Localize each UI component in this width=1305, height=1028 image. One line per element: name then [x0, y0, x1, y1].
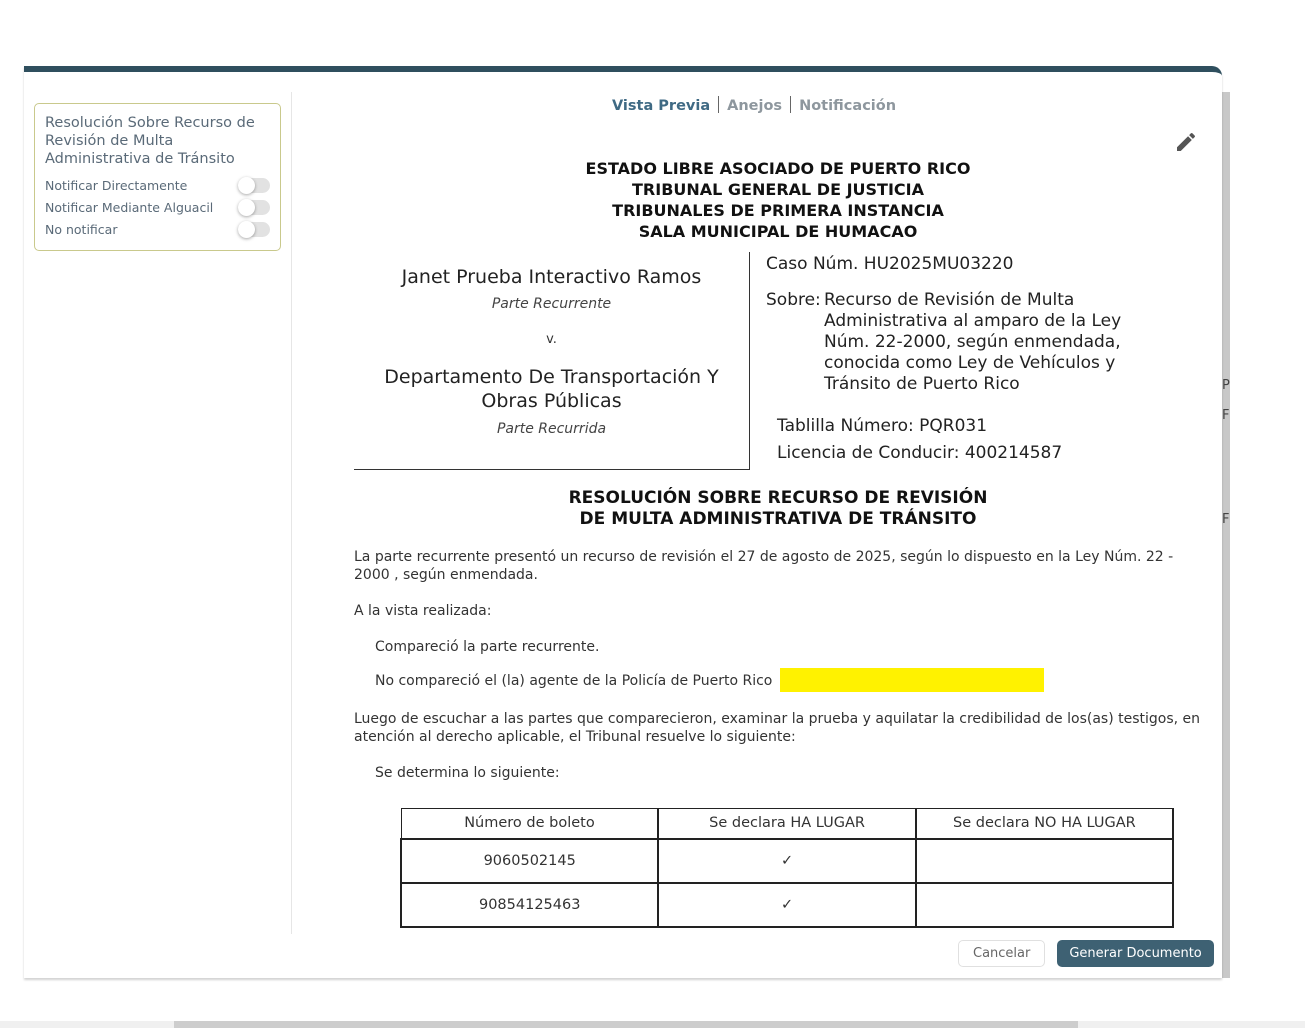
item-no-comparecio: No compareció el (la) agente de la Polic…: [375, 668, 1202, 692]
document-modal: Resolución Sobre Recurso de Revisión de …: [24, 66, 1222, 978]
paragraph-determina: Se determina lo siguiente:: [375, 764, 1202, 782]
notificar-directamente-toggle[interactable]: [238, 178, 270, 193]
party-recurrente: Janet Prueba Interactivo Ramos: [354, 266, 749, 288]
header-line: ESTADO LIBRE ASOCIADO DE PUERTO RICO: [354, 158, 1202, 179]
title-line: DE MULTA ADMINISTRATIVA DE TRÁNSITO: [354, 509, 1202, 530]
option-label: No notificar: [45, 222, 117, 237]
header-line: TRIBUNALES DE PRIMERA INSTANCIA: [354, 200, 1202, 221]
document-preview: ESTADO LIBRE ASOCIADO DE PUERTO RICO TRI…: [354, 156, 1202, 932]
panel-divider: [291, 92, 292, 934]
column-header: Se declara NO HA LUGAR: [916, 809, 1173, 839]
case-number: Caso Núm. HU2025MU03220: [766, 252, 1202, 276]
modal-footer: Cancelar Generar Documento: [958, 940, 1214, 967]
option-notificar-alguacil: Notificar Mediante Alguacil: [45, 196, 270, 218]
column-header: Número de boleto: [401, 809, 658, 839]
tab-notificacion[interactable]: Notificación: [791, 98, 904, 114]
cancel-button[interactable]: Cancelar: [958, 940, 1045, 967]
highlight-mark: [780, 668, 1044, 692]
party-role: Parte Recurrente: [354, 296, 749, 312]
background-page-edge: [1222, 92, 1230, 978]
document-options-panel: Resolución Sobre Recurso de Revisión de …: [34, 103, 281, 251]
edit-document-button[interactable]: [1174, 130, 1198, 154]
document-type-title: Resolución Sobre Recurso de Revisión de …: [45, 114, 270, 168]
paragraph-vista: A la vista realizada:: [354, 602, 1202, 620]
ticket-number: 9060502145: [401, 839, 658, 883]
option-label: Notificar Mediante Alguacil: [45, 200, 213, 215]
title-line: RESOLUCIÓN SOBRE RECURSO DE REVISIÓN: [354, 488, 1202, 509]
license-number: Licencia de Conducir: 400214587: [777, 440, 1202, 467]
tickets-table: Número de boleto Se declara HA LUGAR Se …: [400, 808, 1174, 928]
header-line: SALA MUNICIPAL DE HUMACAO: [354, 221, 1202, 242]
case-details: Caso Núm. HU2025MU03220 Sobre: Recurso d…: [766, 252, 1202, 467]
background-text-fragment: F: [1222, 408, 1230, 423]
paragraph-resuelve: Luego de escuchar a las partes que compa…: [354, 710, 1202, 746]
paragraph-intro: La parte recurrente presentó un recurso …: [354, 548, 1202, 584]
case-caption: Janet Prueba Interactivo Ramos Parte Rec…: [354, 252, 1202, 474]
party-role: Parte Recurrida: [354, 421, 749, 437]
vehicle-info: Tablilla Número: PQR031 Licencia de Cond…: [777, 413, 1202, 467]
table-row: 90854125463 ✓: [401, 883, 1173, 927]
header-line: TRIBUNAL GENERAL DE JUSTICIA: [354, 179, 1202, 200]
ticket-number: 90854125463: [401, 883, 658, 927]
court-header: ESTADO LIBRE ASOCIADO DE PUERTO RICO TRI…: [354, 158, 1202, 242]
generate-document-button[interactable]: Generar Documento: [1057, 940, 1213, 967]
item-comparecio: Compareció la parte recurrente.: [375, 638, 1202, 656]
background-text-fragment: F: [1222, 512, 1230, 527]
subject-text: Recurso de Revisión de Multa Administrat…: [824, 290, 1124, 395]
ha-lugar-cell: ✓: [658, 883, 915, 927]
option-no-notificar: No notificar: [45, 218, 270, 240]
resolution-title: RESOLUCIÓN SOBRE RECURSO DE REVISIÓN DE …: [354, 488, 1202, 530]
pencil-icon: [1174, 130, 1198, 154]
no-ha-lugar-cell: [916, 839, 1173, 883]
party-recurrida: Departamento De Transportación Y Obras P…: [354, 365, 749, 413]
notificar-alguacil-toggle[interactable]: [238, 200, 270, 215]
no-ha-lugar-cell: [916, 883, 1173, 927]
versus: v.: [354, 332, 749, 347]
column-header: Se declara HA LUGAR: [658, 809, 915, 839]
tab-vista-previa[interactable]: Vista Previa: [604, 98, 718, 114]
subject-label: Sobre:: [766, 290, 824, 395]
option-label: Notificar Directamente: [45, 178, 187, 193]
table-header-row: Número de boleto Se declara HA LUGAR Se …: [401, 809, 1173, 839]
no-notificar-toggle[interactable]: [238, 222, 270, 237]
table-row: 9060502145 ✓: [401, 839, 1173, 883]
option-notificar-directamente: Notificar Directamente: [45, 174, 270, 196]
preview-tabs: Vista PreviaAnejosNotificación: [354, 96, 1154, 114]
ha-lugar-cell: ✓: [658, 839, 915, 883]
tab-anejos[interactable]: Anejos: [719, 98, 790, 114]
horizontal-scrollbar-thumb[interactable]: [174, 1021, 1078, 1028]
case-subject: Sobre: Recurso de Revisión de Multa Admi…: [766, 290, 1202, 395]
item-text: No compareció el (la) agente de la Polic…: [375, 673, 772, 689]
parties-block: Janet Prueba Interactivo Ramos Parte Rec…: [354, 252, 750, 470]
background-text-fragment: P: [1222, 378, 1230, 393]
plate-number: Tablilla Número: PQR031: [777, 413, 1202, 440]
